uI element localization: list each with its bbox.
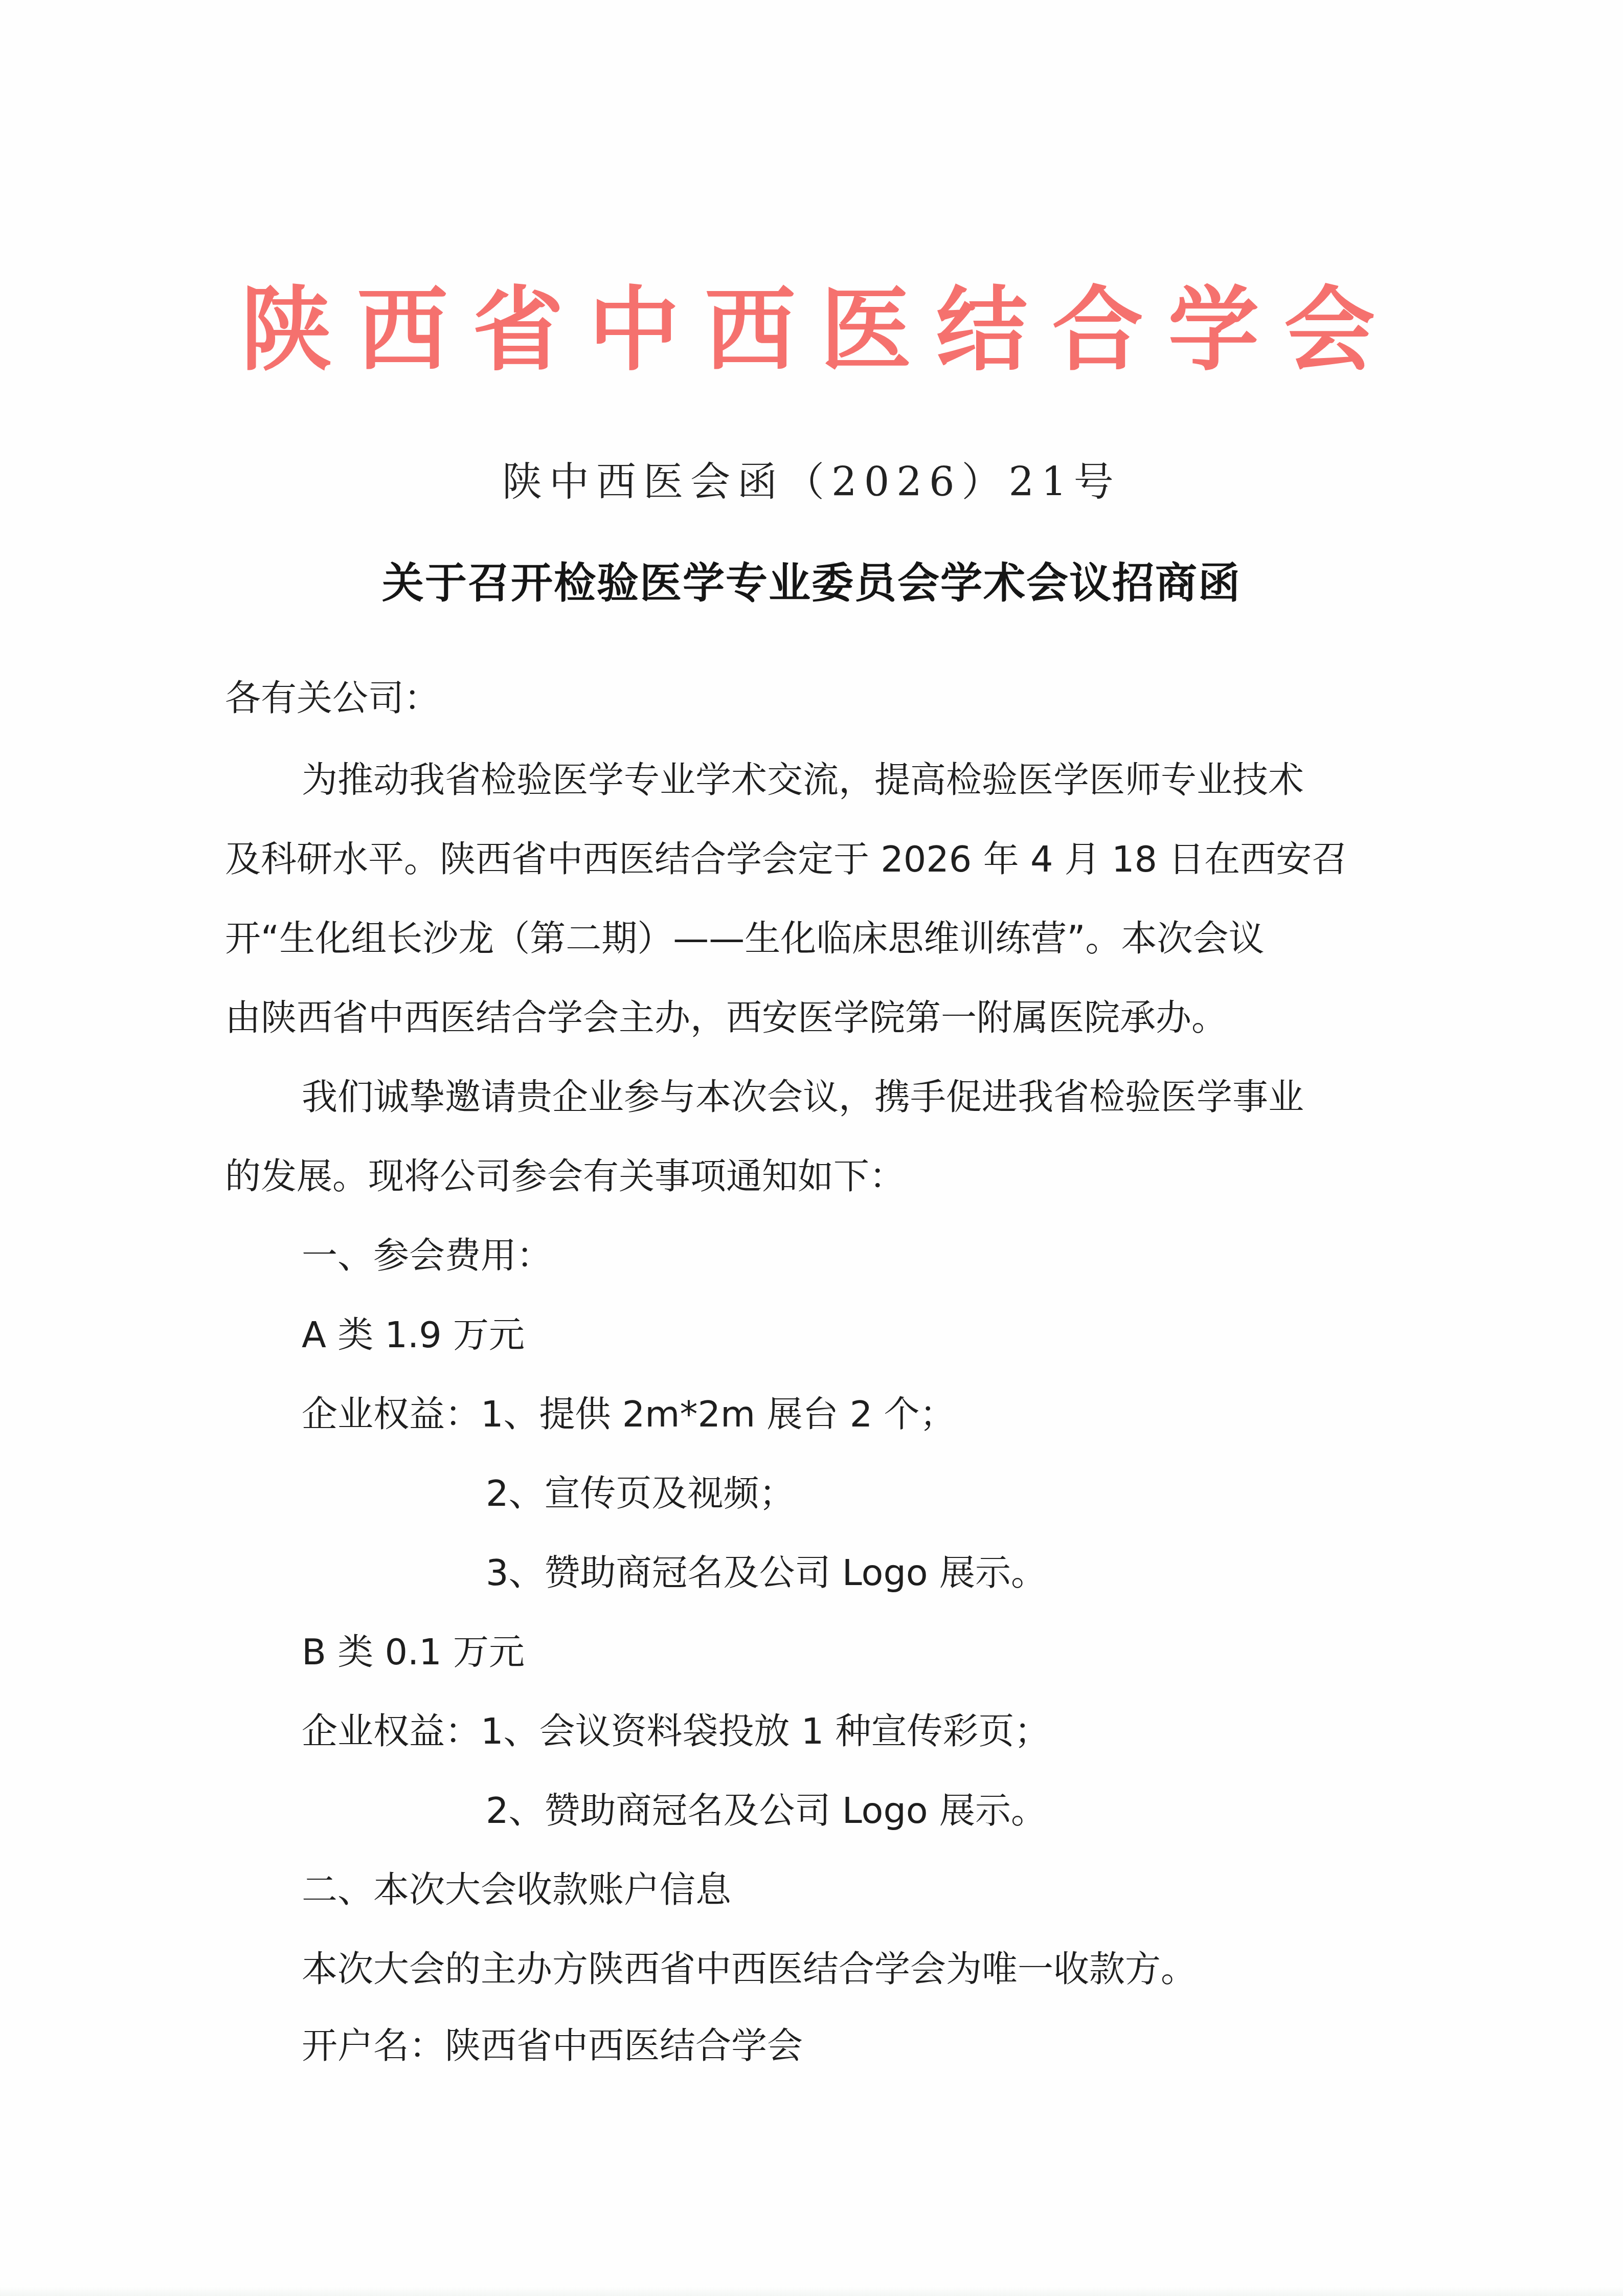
account-name-row: 开户名：陕西省中西医结合学会: [302, 2023, 803, 2069]
benefit-item: 1、会议资料袋投放 1 种宣传彩页；: [481, 1710, 1050, 1752]
letterhead-char: 省: [467, 257, 569, 388]
paragraph-1-line: 为推动我省检验医学专业学术交流，提高检验医学医师专业技术: [302, 757, 1304, 803]
letterhead-char: 会: [1278, 257, 1381, 388]
paragraph-2-line: 的发展。现将公司参会有关事项通知如下：: [225, 1153, 905, 1199]
account-name-label: 开户名：: [302, 2025, 445, 2067]
salutation: 各有关公司：: [225, 675, 440, 721]
paragraph-1-line: 由陕西省中西医结合学会主办，西安医学院第一附属医院承办。: [225, 995, 1227, 1041]
paragraph-1-line: 及科研水平。陕西省中西医结合学会定于 2026 年 4 月 18 日在西安召: [225, 836, 1347, 882]
payment-note: 本次大会的主办方陕西省中西医结合学会为唯一收款方。: [302, 1946, 1197, 1992]
tier-b-benefits: 企业权益：1、会议资料袋投放 1 种宣传彩页；: [302, 1708, 1050, 1754]
letterhead-char: 合: [1047, 257, 1149, 388]
paragraph-1-line: 开“生化组长沙龙（第二期）——生化临床思维训练营”。本次会议: [225, 916, 1265, 962]
benefit-item: 1、提供 2m*2m 展台 2 个；: [481, 1393, 956, 1435]
letterhead-char: 中: [583, 257, 685, 388]
section-2-heading: 二、本次大会收款账户信息: [302, 1867, 731, 1913]
letterhead-char: 陕: [235, 257, 337, 388]
document-number: 陕中西医会函（2026）21号: [0, 450, 1623, 507]
letterhead-org-name: 陕 西 省 中 西 医 结 合 学 会: [235, 266, 1381, 378]
section-1-heading: 一、参会费用：: [302, 1233, 552, 1279]
tier-a-label: A 类 1.9 万元: [302, 1312, 525, 1358]
letterhead-char: 西: [699, 257, 801, 388]
letterhead-char: 结: [931, 257, 1033, 388]
document-title: 关于召开检验医学专业委员会学术会议招商函: [0, 550, 1623, 610]
scan-edge: [0, 2286, 1623, 2296]
tier-a-benefits: 企业权益：1、提供 2m*2m 展台 2 个；: [302, 1391, 956, 1437]
paragraph-2-line: 我们诚挚邀请贵企业参与本次会议，携手促进我省检验医学事业: [302, 1074, 1304, 1120]
document-page: 陕 西 省 中 西 医 结 合 学 会 陕中西医会函（2026）21号 关于召开…: [0, 0, 1623, 2296]
benefit-item: 3、赞助商冠名及公司 Logo 展示。: [486, 1550, 1047, 1596]
benefits-label: 企业权益：: [302, 1710, 481, 1752]
account-name-value: 陕西省中西医结合学会: [445, 2025, 803, 2067]
tier-b-label: B 类 0.1 万元: [302, 1629, 525, 1675]
benefits-label: 企业权益：: [302, 1393, 481, 1435]
benefit-item: 2、宣传页及视频；: [486, 1470, 795, 1517]
letterhead-char: 西: [351, 257, 454, 388]
benefit-item: 2、赞助商冠名及公司 Logo 展示。: [486, 1788, 1047, 1834]
letterhead-char: 医: [815, 257, 917, 388]
letterhead-char: 学: [1162, 257, 1265, 388]
